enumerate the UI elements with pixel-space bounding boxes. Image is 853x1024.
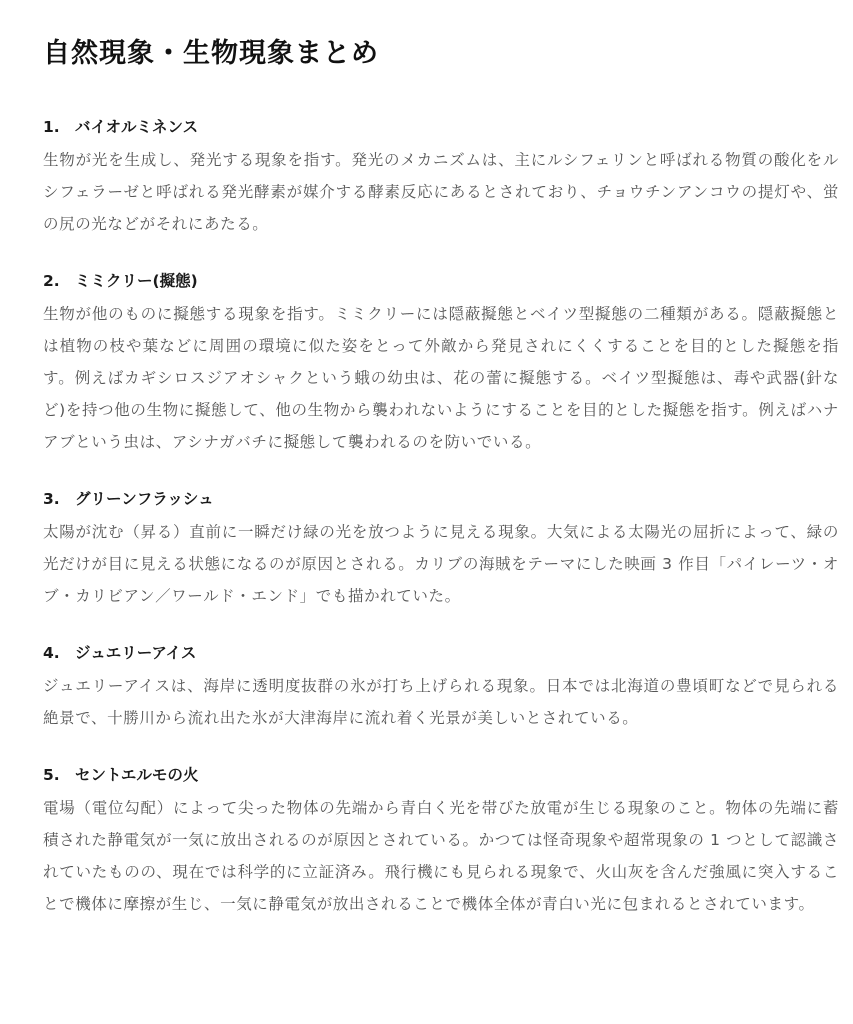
section-body: 生物が光を生成し、発光する現象を指す。発光のメカニズムは、主にルシフェリンと呼ば…	[43, 144, 839, 240]
section-number: 3.	[43, 488, 75, 510]
section-title: バイオルミネンス	[75, 118, 198, 136]
section-bioluminescence: 1.バイオルミネンス 生物が光を生成し、発光する現象を指す。発光のメカニズムは、…	[43, 116, 839, 240]
section-st-elmos-fire: 5.セントエルモの火 電場（電位勾配）によって尖った物体の先端から青白く光を帯び…	[43, 764, 839, 920]
section-body: ジュエリーアイスは、海岸に透明度抜群の氷が打ち上げられる現象。日本では北海道の豊…	[43, 670, 839, 734]
page-title: 自然現象・生物現象まとめ	[43, 34, 839, 74]
section-heading: 2.ミミクリー(擬態)	[43, 270, 839, 292]
section-number: 4.	[43, 642, 75, 664]
section-heading: 1.バイオルミネンス	[43, 116, 839, 138]
section-mimicry: 2.ミミクリー(擬態) 生物が他のものに擬態する現象を指す。ミミクリーには隠蔽擬…	[43, 270, 839, 458]
section-title: ミミクリー(擬態)	[75, 272, 198, 290]
section-jewelry-ice: 4.ジュエリーアイス ジュエリーアイスは、海岸に透明度抜群の氷が打ち上げられる現…	[43, 642, 839, 734]
section-heading: 5.セントエルモの火	[43, 764, 839, 786]
section-green-flash: 3.グリーンフラッシュ 太陽が沈む（昇る）直前に一瞬だけ緑の光を放つように見える…	[43, 488, 839, 612]
section-number: 2.	[43, 270, 75, 292]
section-body: 生物が他のものに擬態する現象を指す。ミミクリーには隠蔽擬態とベイツ型擬態の二種類…	[43, 298, 839, 458]
document: 自然現象・生物現象まとめ 1.バイオルミネンス 生物が光を生成し、発光する現象を…	[0, 0, 853, 920]
section-title: ジュエリーアイス	[75, 644, 196, 662]
section-body: 電場（電位勾配）によって尖った物体の先端から青白く光を帯びた放電が生じる現象のこ…	[43, 792, 839, 920]
section-heading: 4.ジュエリーアイス	[43, 642, 839, 664]
section-body: 太陽が沈む（昇る）直前に一瞬だけ緑の光を放つように見える現象。大気による太陽光の…	[43, 516, 839, 612]
section-number: 1.	[43, 116, 75, 138]
section-title: セントエルモの火	[75, 766, 198, 784]
section-heading: 3.グリーンフラッシュ	[43, 488, 839, 510]
section-number: 5.	[43, 764, 75, 786]
section-title: グリーンフラッシュ	[75, 490, 214, 508]
